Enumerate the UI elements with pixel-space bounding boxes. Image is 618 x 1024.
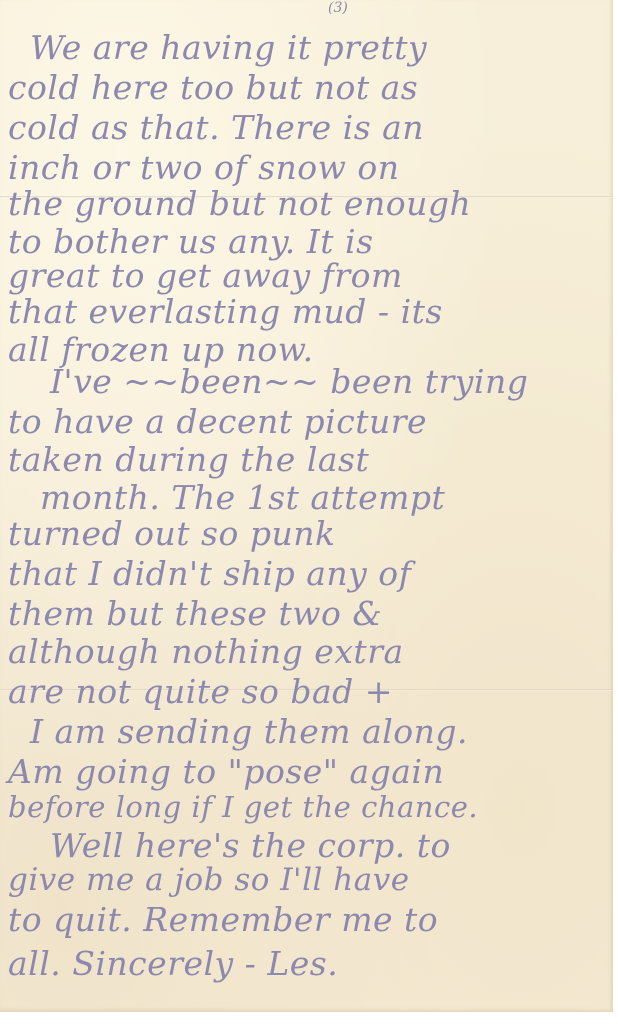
letter-line: inch or two of snow on <box>8 148 400 187</box>
letter-line: cold here too but not as <box>8 68 418 107</box>
letter-line: that I didn't ship any of <box>8 554 411 593</box>
letter-line: that everlasting mud - its <box>8 292 443 331</box>
letter-line: turned out so punk <box>8 514 335 553</box>
letter-line: to have a decent picture <box>8 402 427 441</box>
letter-line: them but these two & <box>8 594 382 633</box>
letter-line: are not quite so bad + <box>8 672 393 711</box>
letter-line: We are having it pretty <box>30 28 427 67</box>
letter-page: (3) We are having it pretty cold here to… <box>0 0 613 1012</box>
letter-line: great to get away from <box>8 256 403 295</box>
letter-line: although nothing extra <box>8 632 404 671</box>
letter-line: taken during the last <box>8 440 369 479</box>
letter-line-signoff: all. Sincerely - Les. <box>8 944 338 983</box>
page-number: (3) <box>328 0 348 16</box>
letter-line: cold as that. There is an <box>8 108 424 147</box>
letter-line: before long if I get the chance. <box>8 790 478 824</box>
letter-line: Am going to "pose" again <box>8 752 444 791</box>
letter-line: Well here's the corp. to <box>50 826 451 865</box>
letter-line: I've ~~been~~ been trying <box>50 362 528 401</box>
letter-line: give me a job so I'll have <box>8 862 410 898</box>
letter-line: to quit. Remember me to <box>8 900 438 939</box>
letter-line: I am sending them along. <box>30 712 468 751</box>
letter-line: the ground but not enough <box>8 184 471 223</box>
letter-line: month. The 1st attempt <box>40 478 445 517</box>
